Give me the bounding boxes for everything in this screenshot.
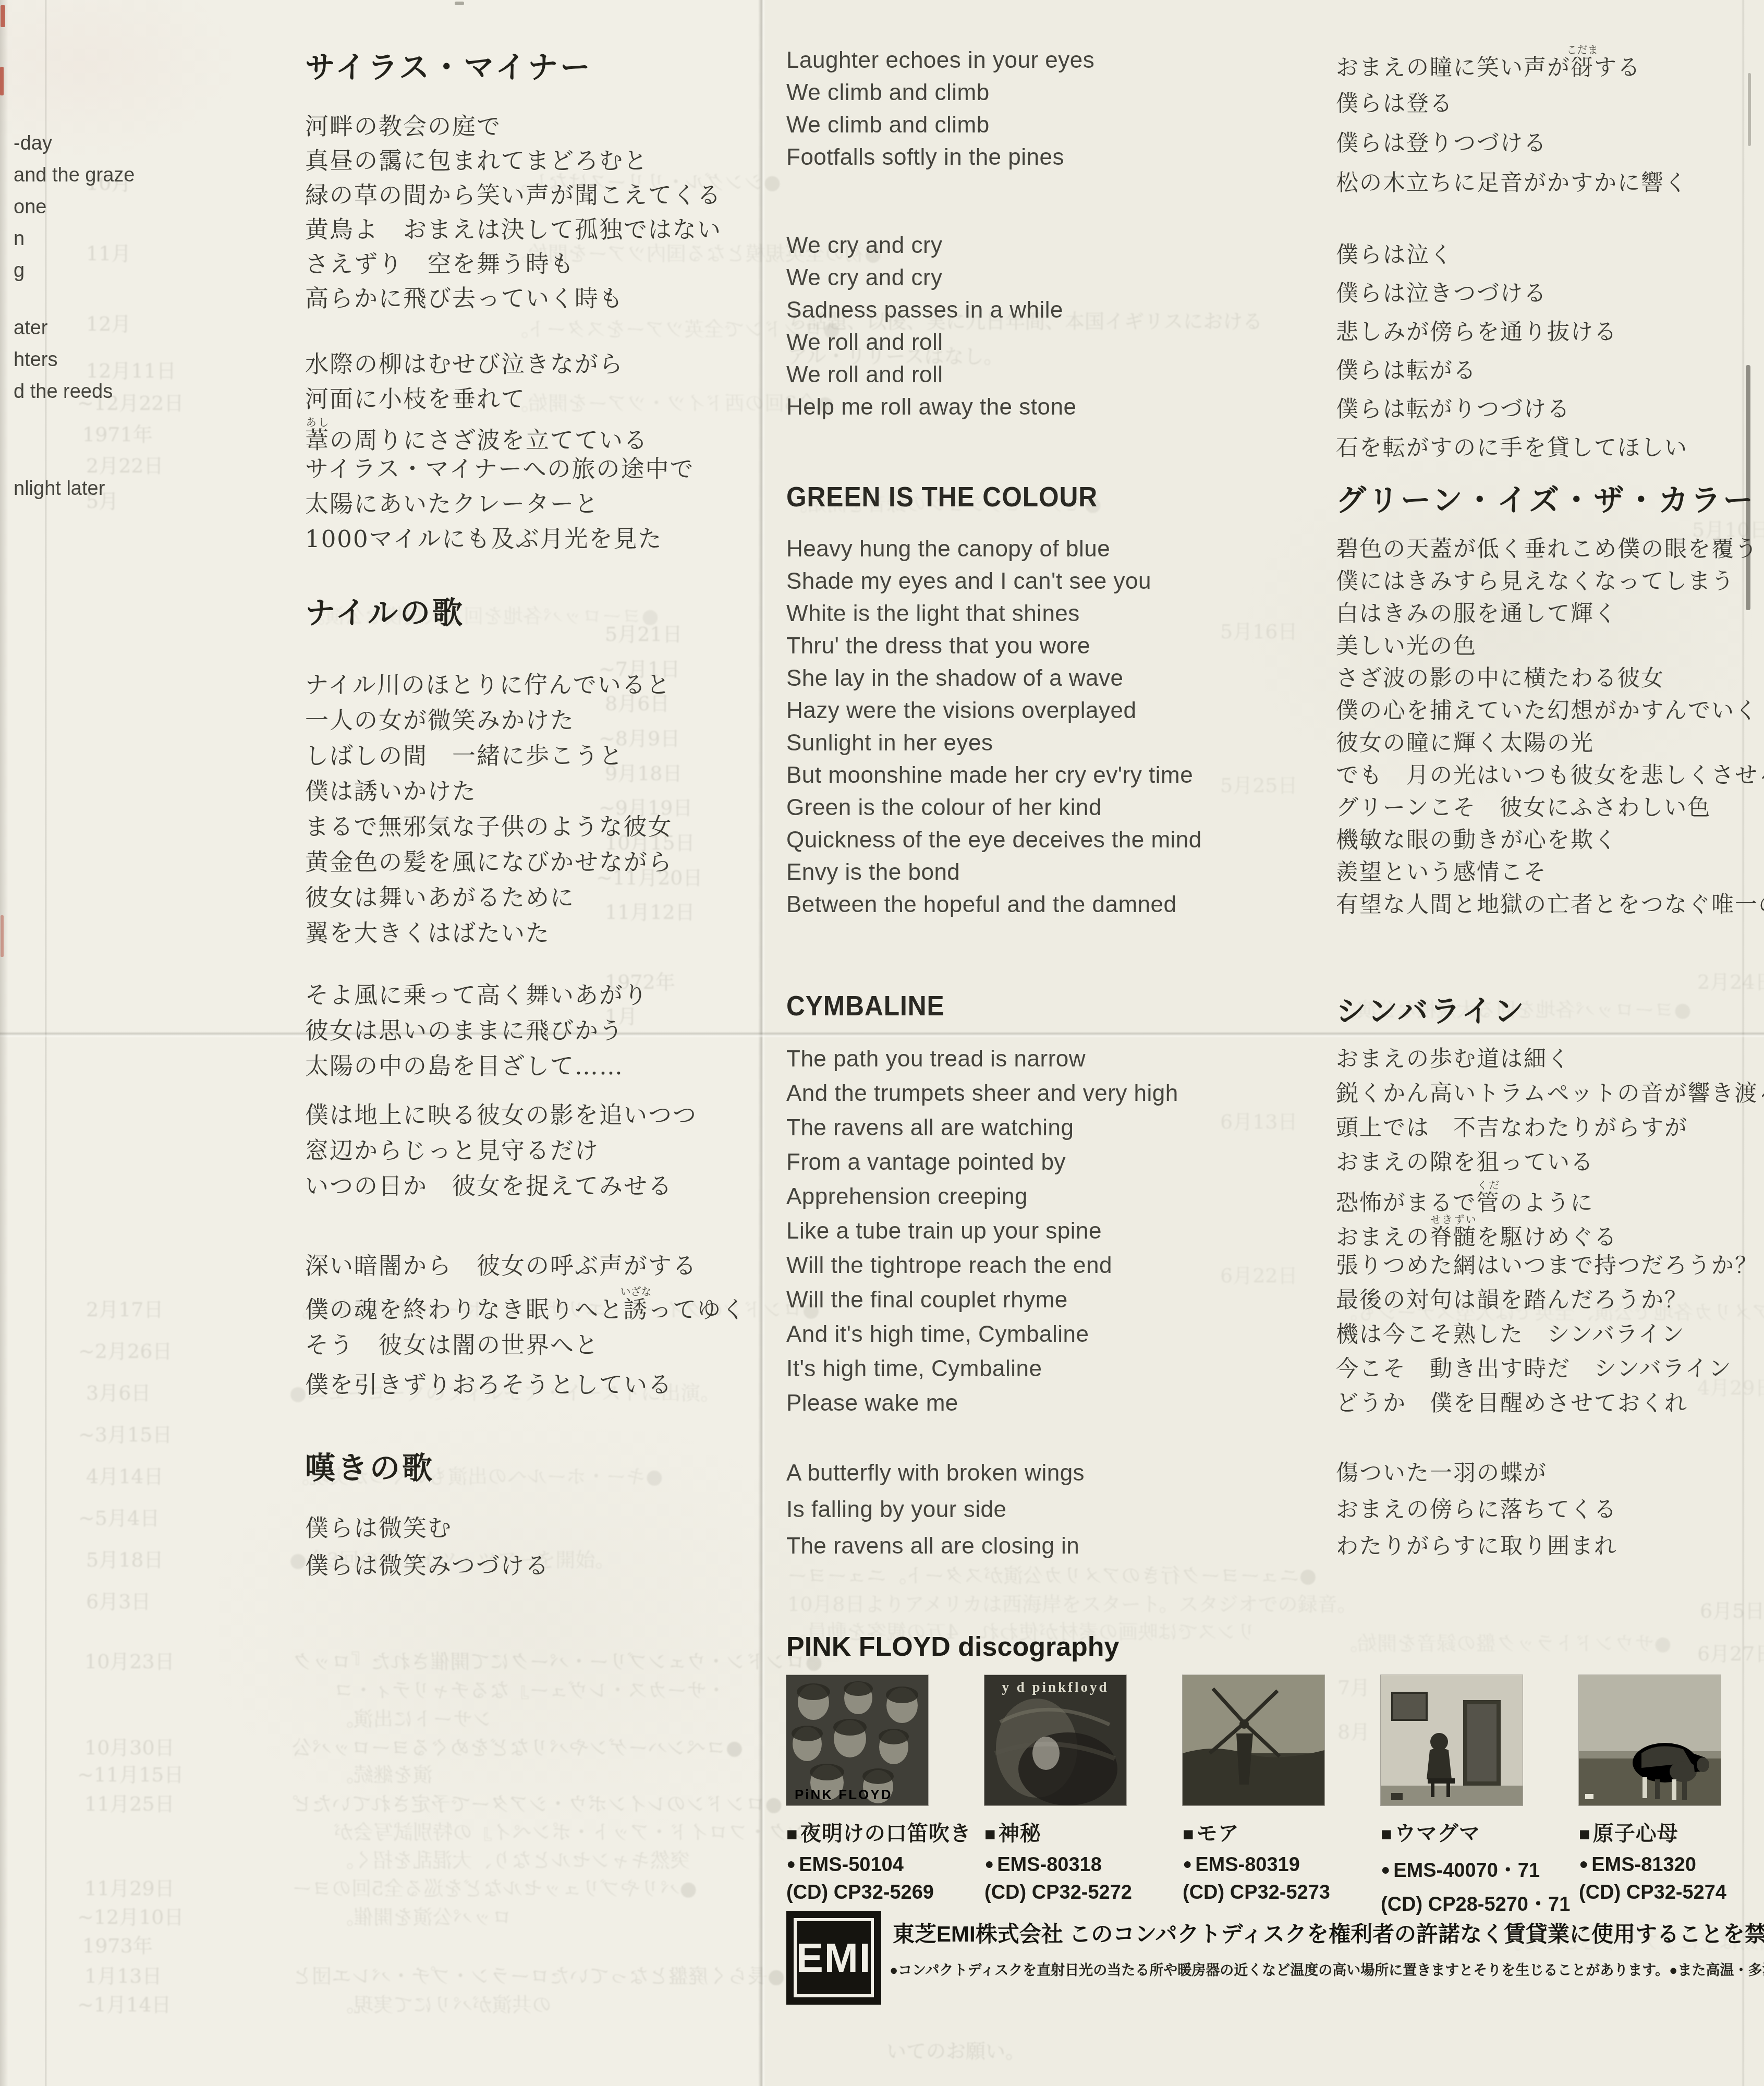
- lyric-line: Is falling by your side: [786, 1491, 1085, 1528]
- lyric-line: 僕は地上に映る彼女の影を追いつつ: [305, 1098, 697, 1133]
- square-bullet: ■: [1579, 1823, 1591, 1845]
- nile-song-jp-stanza-3: 僕は地上に映る彼女の影を追いつつ窓辺からじっと見守るだけいつの日か 彼女を捉えて…: [305, 1098, 697, 1204]
- svg-text:y d pinkfloyd: y d pinkfloyd: [1002, 1679, 1109, 1695]
- lyric-line: Help me roll away the stone: [786, 391, 1076, 423]
- album-cover-more: [1183, 1675, 1324, 1805]
- dot-bullet: ●: [984, 1855, 994, 1873]
- lyric-line: 恐怖がまるで管くだのように: [1336, 1180, 1764, 1214]
- album-cover-atom-heart-mother: [1579, 1675, 1721, 1805]
- lyric-line: 碧色の天蓋が低く垂れこめ僕の眼を覆う: [1336, 533, 1764, 565]
- nile-song-jp-stanza-1: ナイル川のほとりに佇んでいると一人の女が微笑みかけたしばしの間 一緒に歩こうと僕…: [305, 668, 673, 951]
- ghost-text-line: 10月30日: [84, 1731, 175, 1760]
- lyric-line: ナイル川のほとりに佇んでいると: [305, 668, 673, 703]
- ghost-text-line: ンサートに出演。: [334, 1703, 492, 1731]
- lyric-line: 彼女は舞いあがるために: [305, 880, 673, 916]
- ghost-text-line: 5月25日: [1220, 769, 1298, 798]
- lyric-line: 今こそ 動き出す時だ シンバライン: [1336, 1352, 1764, 1386]
- lyric-line: さえずり 空を舞う時も: [305, 247, 722, 282]
- lyric-line: We roll and roll: [786, 326, 1076, 359]
- lyric-line: 窓辺からじっと見守るだけ: [305, 1133, 697, 1169]
- left-edge-shade: [0, 0, 8, 2086]
- lyric-line: 僕らは微笑みつづける: [305, 1547, 550, 1585]
- lyric-line: 松の木立ちに足音がかすかに響く: [1336, 163, 1688, 203]
- ghost-text-line: 12月11日: [86, 355, 176, 383]
- lyric-line: どうか 僕を目醒めさせておくれ: [1336, 1386, 1764, 1421]
- lyric-line: 鋭くかん高いトラムペットの音が響き渡る: [1336, 1076, 1764, 1111]
- green-is-the-colour-en-lines: Heavy hung the canopy of blueShade my ey…: [786, 533, 1202, 921]
- ghost-text-line: 2月22日: [86, 450, 164, 478]
- lyric-line: 彼女の瞳に輝く太陽の光: [1336, 727, 1764, 759]
- lyric-line: いつの日か 彼女を捉えてみせる: [305, 1169, 697, 1204]
- lyric-line: 張りつめた網はいつまで持つだろうか？: [1336, 1248, 1764, 1283]
- lyric-line: わたりがらすに取り囲まれ: [1336, 1528, 1617, 1564]
- album-title-jp: ■原子心母: [1579, 1817, 1721, 1847]
- english-lyric-fragment: g: [14, 260, 25, 282]
- album-cover-thumbnail: [1381, 1675, 1523, 1805]
- ghost-text-line: 11月29日: [84, 1872, 175, 1901]
- ghost-text-line: 11月: [86, 237, 131, 266]
- lyric-line: Like a tube train up your spine: [786, 1214, 1178, 1248]
- song-title-cymbaline-jp: シンバライン: [1336, 987, 1526, 1030]
- dot-bullet: ●: [1381, 1861, 1390, 1878]
- ghost-text-line: 7月: [1337, 1671, 1370, 1700]
- lyric-line: 水際の柳はむせび泣きながら: [305, 347, 695, 382]
- red-edge-fleck: [1, 915, 4, 957]
- dot-bullet: ●: [1579, 1855, 1588, 1873]
- ghost-text-line: ●コペンハーゲンやパリなどをめぐるヨーロッパ公: [292, 1731, 743, 1760]
- lyric-line: 太陽にあいたクレーターと: [305, 487, 695, 521]
- ghost-text-line: ~12月10日: [77, 1901, 184, 1930]
- album-ems-number: ●EMS-81320: [1579, 1854, 1721, 1876]
- ghost-text-line: 5月16日: [1220, 615, 1298, 644]
- english-lyric-fragment: one: [14, 196, 46, 219]
- lyric-line: The ravens all are watching: [786, 1111, 1178, 1145]
- cymbaline-jp-stanza-2: 傷ついた一羽の蝶がおまえの傍らに落ちてくるわたりがらすに取り囲まれ: [1336, 1455, 1617, 1564]
- ghost-text-line: 11月25日: [84, 1788, 175, 1816]
- lyric-line: 僕にはきみすら見えなくなってしまう: [1336, 565, 1764, 598]
- lyric-line: We climb and climb: [786, 109, 1094, 141]
- lyric-line: 真昼の靄に包まれてまどろむと: [305, 144, 722, 178]
- lyric-line: 僕らは微笑む: [305, 1510, 550, 1547]
- lyric-line: 葦あしの周りにさざ波を立てている: [305, 417, 695, 452]
- album-cover-saucerful: y d pinkfloyd: [984, 1675, 1126, 1805]
- song-title-crying-song-jp: 嘆きの歌: [305, 1444, 434, 1487]
- lyric-line: Shade my eyes and I can't see you: [786, 565, 1202, 598]
- ghost-text-line: の共演がパリにて実現。: [334, 1988, 552, 2017]
- song-title-cymbaline-en: CYMBALINE: [786, 990, 945, 1022]
- lyric-line: さざ波の影の中に横たわる彼女: [1336, 662, 1764, 695]
- lyric-line: 僕を引きずりおろそうとしている: [305, 1365, 746, 1405]
- album-cd-number: (CD) CP32-5269: [786, 1882, 928, 1904]
- lyric-line: We roll and roll: [786, 359, 1076, 391]
- ghost-text-line: 6月3日: [86, 1585, 151, 1614]
- lyric-line: Will the final couplet rhyme: [786, 1283, 1178, 1317]
- lyric-line: We cry and cry: [786, 229, 1076, 262]
- ghost-text-line: 5月18日: [86, 1544, 164, 1572]
- dot-bullet: ●: [786, 1855, 796, 1873]
- lyric-line: Quickness of the eye deceives the mind: [786, 824, 1202, 856]
- lyric-line: Will the tightrope reach the end: [786, 1248, 1178, 1283]
- cirrus-minor-jp-stanza-2: 水際の柳はむせび泣きながら河面に小枝を垂れて葦あしの周りにさざ波を立てているサイ…: [305, 347, 695, 556]
- album-cd-number: (CD) CP32-5274: [1579, 1882, 1721, 1904]
- ghost-text-line: 10月23日: [84, 1645, 175, 1674]
- english-lyric-fragment: -day: [14, 132, 52, 155]
- lyric-line: 河畔の教会の庭で: [305, 110, 722, 144]
- lyric-line: Sadness passes in a while: [786, 294, 1076, 326]
- ghost-text-line: 1971年: [82, 418, 153, 447]
- lyric-line: From a vantage pointed by: [786, 1145, 1178, 1180]
- ghost-text-line: ンク・フロイド・アット・ポンペイ』の特別試写会が: [334, 1816, 807, 1845]
- lyric-line: 僕らは泣く: [1336, 236, 1688, 274]
- lyric-line: Green is the colour of her kind: [786, 792, 1202, 824]
- lyric-line: Hazy were the visions overplayed: [786, 695, 1202, 727]
- lyric-line: 1000マイルにも及ぶ月光を見た: [305, 521, 695, 556]
- lyric-line: 僕の心を捕えていた幻想がかすんでいく: [1336, 695, 1764, 727]
- ghost-text-line: ●ロンドンのレインボウ・シアターで予定されていたピ: [292, 1788, 783, 1816]
- square-bullet: ■: [786, 1823, 798, 1845]
- emi-care-notice: ●コンパクトディスクを直射日光の当たる所や暖房器の近くなど温度の高い場所に置きま…: [890, 1959, 1764, 1979]
- album-title-jp: ■神秘: [984, 1817, 1126, 1847]
- ghost-text-line: ロッパ公演を開催。: [334, 1901, 512, 1930]
- ghost-text-line: 6月27日: [1697, 1638, 1764, 1666]
- lyric-line: We cry and cry: [786, 262, 1076, 294]
- ghost-text-line: 1月13日: [84, 1960, 162, 1988]
- lyric-line: And it's high time, Cymbaline: [786, 1317, 1178, 1352]
- emi-logo-text: EMI: [786, 1911, 881, 2005]
- album-title-jp: ■ウマグマ: [1381, 1817, 1523, 1847]
- lyric-line: 機は今こそ熟した シンバライン: [1336, 1317, 1764, 1352]
- song-title-green-jp: グリーン・イズ・ザ・カラー: [1336, 476, 1755, 519]
- emi-rights-notice: 東芝EMI株式会社 このコンパクトディスクを権利者の許諾なく賃貸業に使用すること…: [893, 1917, 1764, 1948]
- album-cover-ummagumma: [1381, 1675, 1523, 1805]
- lyric-line: 河面に小枝を垂れて: [305, 382, 695, 417]
- english-lyric-fragment: ater: [14, 317, 47, 339]
- album-entry-saucerful: y d pinkfloyd ■神秘●EMS-80318(CD) CP32-527…: [984, 1675, 1126, 1904]
- lyric-line: そう 彼女は闇の世界へと: [305, 1326, 746, 1365]
- album-cd-number: (CD) CP32-5273: [1183, 1882, 1324, 1904]
- album-ems-number: ●EMS-40070・71: [1381, 1854, 1523, 1883]
- album-cd-number: (CD) CP28-5270・71: [1381, 1888, 1523, 1917]
- lyric-line: She lay in the shadow of a wave: [786, 662, 1202, 695]
- ghost-text-line: ●パリやブリュッセルなどを巡る全5回のヨー: [292, 1872, 697, 1901]
- svg-text:PiNK FLOYD: PiNK FLOYD: [795, 1787, 892, 1802]
- ghost-text-line: いてのお願い。: [886, 2035, 1025, 2064]
- lyric-line: Footfalls softly in the pines: [786, 141, 1094, 174]
- ghost-text-line: ~2月26日: [78, 1335, 172, 1364]
- lyric-line: 黄鳥よ おまえは決して孤独ではない: [305, 213, 722, 247]
- crying-song-jp-stanza-1: おまえの瞳に笑い声が谺こだまする僕らは登る僕らは登りつづける松の木立ちに足音がか…: [1336, 44, 1688, 203]
- lyric-line: しばしの間 一緒に歩こうと: [305, 738, 673, 774]
- nile-song-jp-stanza-2: そよ風に乗って高く舞いあがり彼女は思いのままに飛びかう太陽の中の島を目ざして……: [305, 978, 648, 1084]
- lyric-line: A butterfly with broken wings: [786, 1455, 1085, 1491]
- lyric-line: 黄金色の髪を風になびかせながら: [305, 845, 673, 880]
- dot-bullet: ●: [1183, 1855, 1192, 1873]
- green-jp-lines: 碧色の天蓋が低く垂れこめ僕の眼を覆う僕にはきみすら見えなくなってしまう白はきみの…: [1336, 533, 1764, 921]
- scan-speck: [455, 2, 464, 5]
- song-title-cirrus-minor-jp: サイラス・マイナー: [305, 43, 592, 87]
- ghost-text-line: 6月5日: [1700, 1595, 1764, 1623]
- lyric-line: We climb and climb: [786, 77, 1094, 109]
- lyric-line: 太陽の中の島を目ざして……: [305, 1049, 648, 1084]
- ghost-text-line: 3月6日: [86, 1377, 151, 1405]
- lyric-line: 僕の魂を終わりなき眠りへと誘いざなってゆく: [305, 1286, 746, 1326]
- lyric-line: そよ風に乗って高く舞いあがり: [305, 978, 648, 1013]
- cymbaline-en-stanza-1: The path you tread is narrowAnd the trum…: [786, 1042, 1178, 1421]
- discography-heading: PINK FLOYD discography: [786, 1631, 1120, 1663]
- cirrus-minor-jp-stanza-1: 河畔の教会の庭で真昼の靄に包まれてまどろむと緑の草の間から笑い声が聞こえてくる黄…: [305, 110, 722, 316]
- ghost-text-line: 1973年: [82, 1930, 153, 1958]
- nile-song-jp-stanza-4: 深い暗闇から 彼女の呼ぶ声がする僕の魂を終わりなき眠りへと誘いざなってゆくそう …: [305, 1246, 746, 1405]
- lyric-line: 僕らは登る: [1336, 84, 1688, 124]
- album-cover-thumbnail: PiNK FLOYD: [786, 1675, 928, 1805]
- ghost-text-line: 6月22日: [1220, 1259, 1298, 1288]
- red-edge-fleck: [1, 5, 5, 27]
- lyric-line: 翼を大きくはばたいた: [305, 916, 673, 951]
- lyric-line: でも 月の光はいつも彼女を悲しくさせる: [1336, 759, 1764, 792]
- song-title-green-is-the-colour-en: GREEN IS THE COLOUR: [786, 481, 1098, 513]
- ghost-text-line: ~1月14日: [77, 1988, 171, 2017]
- lyric-line: 僕らは転がりつづける: [1336, 390, 1688, 429]
- lyric-line: まるで無邪気な子供のような彼女: [305, 809, 673, 845]
- song-title-nile-song-jp: ナイルの歌: [305, 588, 465, 632]
- ghost-text-line: ~3月15日: [78, 1418, 172, 1447]
- lyric-line: 緑の草の間から笑い声が聞こえてくる: [305, 178, 722, 213]
- english-lyric-fragment: n: [14, 228, 25, 250]
- lyric-line: 羨望という感情こそ: [1336, 856, 1764, 889]
- album-title-jp: ■モア: [1183, 1817, 1324, 1847]
- lyric-line: 石を転がすのに手を貸してほしい: [1336, 429, 1688, 467]
- album-ems-number: ●EMS-80319: [1183, 1854, 1324, 1876]
- cymbaline-jp-stanza-1: おまえの歩む道は細く鋭くかん高いトラムペットの音が響き渡る頭上では 不吉なわたり…: [1336, 1042, 1764, 1421]
- lyric-line: おまえの瞳に笑い声が谺こだまする: [1336, 44, 1688, 84]
- booklet-scan: 10月11月12月12月11日~12月22日1971年2月22日5月●シングル・…: [0, 0, 1764, 2086]
- ghost-text-line: 2月24日: [1697, 966, 1764, 995]
- lyric-line: おまえの傍らに落ちてくる: [1336, 1491, 1617, 1528]
- lyric-line: 深い暗闇から 彼女の呼ぶ声がする: [305, 1246, 746, 1286]
- lyric-line: おまえの歩む道は細く: [1336, 1042, 1764, 1076]
- lyric-line: Envy is the bond: [786, 856, 1202, 889]
- ghost-text-line: ●サウンドトラック盤の録音を開始。: [1337, 1627, 1671, 1656]
- album-cover-thumbnail: y d pinkfloyd: [984, 1675, 1126, 1805]
- english-lyric-fragment: hters: [14, 349, 57, 371]
- emi-logo: EMI: [786, 1911, 881, 2005]
- red-edge-fleck: [0, 67, 4, 95]
- lyric-line: 傷ついた一羽の蝶が: [1336, 1455, 1617, 1491]
- lyric-line: Between the hopeful and the damned: [786, 889, 1202, 921]
- album-entry-more: ■モア●EMS-80319(CD) CP32-5273: [1183, 1675, 1324, 1904]
- lyric-line: 有望な人間と地獄の亡者とをつなぐ唯一の絆: [1336, 889, 1764, 921]
- album-entry-ummagumma: ■ウマグマ●EMS-40070・71(CD) CP28-5270・71: [1381, 1675, 1523, 1917]
- cymbaline-en-stanza-2: A butterfly with broken wingsIs falling …: [786, 1455, 1085, 1564]
- lyric-line: 一人の女が微笑みかけた: [305, 703, 673, 738]
- lyric-line: 最後の対句は韻を踏んだろうか？: [1336, 1283, 1764, 1317]
- ghost-text-line: 12月: [86, 308, 131, 336]
- lyric-line: サイラス・マイナーへの旅の途中で: [305, 452, 695, 487]
- album-ems-number: ●EMS-50104: [786, 1854, 928, 1876]
- album-ems-number: ●EMS-80318: [984, 1854, 1126, 1876]
- lyric-line: 頭上では 不吉なわたりがらすが: [1336, 1111, 1764, 1145]
- album-cover-piper: PiNK FLOYD: [786, 1675, 928, 1805]
- album-cover-thumbnail: [1183, 1675, 1324, 1805]
- album-cover-thumbnail: [1579, 1675, 1721, 1805]
- crying-song-jp-left-stanza: 僕らは微笑む僕らは微笑みつづける: [305, 1510, 550, 1585]
- lyric-line: 機敏な眼の動きが心を欺く: [1336, 824, 1764, 856]
- lyric-line: 美しい光の色: [1336, 630, 1764, 662]
- ghost-text-line: ●長らく廃盤となっていたローラン・プチ・バレエ団と: [292, 1960, 785, 1988]
- album-title-jp: ■夜明けの口笛吹き: [786, 1817, 928, 1847]
- ghost-text-line: 演を継続。: [334, 1758, 433, 1787]
- ghost-text-line: 10月8日よりアメリカは西海岸をスタート。スタジオでの録音。: [787, 1588, 1357, 1617]
- page-edge-shadow-top: [1748, 73, 1751, 146]
- lyric-line: 僕らは泣きつづける: [1336, 274, 1688, 313]
- lyric-line: 彼女は思いのままに飛びかう: [305, 1013, 648, 1049]
- ghost-text-line: 6月13日: [1220, 1106, 1298, 1134]
- lyric-line: 僕らは転がる: [1336, 351, 1688, 390]
- lyric-line: White is the light that shines: [786, 598, 1202, 630]
- ghost-text-line: ~11月15日: [77, 1758, 184, 1787]
- lyric-line: グリーンこそ 彼女にふさわしい色: [1336, 792, 1764, 824]
- lyric-line: Laughter echoes in your eyes: [786, 44, 1094, 77]
- lyric-line: 白はきみの服を通して輝く: [1336, 598, 1764, 630]
- ghost-text-line: ~5月4日: [78, 1502, 160, 1531]
- lyric-line: The path you tread is narrow: [786, 1042, 1178, 1076]
- crying-song-en-stanza-2: We cry and cryWe cry and crySadness pass…: [786, 229, 1076, 423]
- english-lyric-fragment: and the graze: [14, 164, 135, 187]
- crying-song-en-stanza-1: Laughter echoes in your eyesWe climb and…: [786, 44, 1094, 174]
- album-cd-number: (CD) CP32-5272: [984, 1882, 1126, 1904]
- ghost-text-line: 突然キャンセルとなり、大混乱を招く。: [334, 1844, 690, 1873]
- ghost-text-line: ●ロンドン・ウェンブリー・パークにて開催された『ロック: [292, 1645, 822, 1674]
- ghost-text-line: 8月: [1337, 1716, 1370, 1744]
- square-bullet: ■: [984, 1823, 996, 1845]
- lyric-line: 僕は誘いかけた: [305, 774, 673, 809]
- lyric-line: 僕らは登りつづける: [1336, 124, 1688, 163]
- english-lyric-fragment: d the reeds: [14, 381, 113, 403]
- ghost-text-line: 2月17日: [86, 1293, 164, 1322]
- lyric-line: Apprehension creeping: [786, 1180, 1178, 1214]
- square-bullet: ■: [1183, 1823, 1195, 1845]
- crying-song-jp-stanza-2: 僕らは泣く僕らは泣きつづける悲しみが傍らを通り抜ける僕らは転がる僕らは転がりつづ…: [1336, 236, 1688, 467]
- album-entry-atom: ■原子心母●EMS-81320(CD) CP32-5274: [1579, 1675, 1721, 1904]
- lyric-line: 悲しみが傍らを通り抜ける: [1336, 313, 1688, 351]
- ghost-text-line: ・サーカス・レヴュー』なるチャリティ・コ: [334, 1674, 726, 1703]
- square-bullet: ■: [1381, 1823, 1393, 1845]
- lyric-line: Please wake me: [786, 1386, 1178, 1421]
- lyric-line: It's high time, Cymbaline: [786, 1352, 1178, 1386]
- lyric-line: The ravens all are closing in: [786, 1528, 1085, 1564]
- lyric-line: Sunlight in her eyes: [786, 727, 1202, 759]
- lyric-line: おまえの隙を狙っている: [1336, 1145, 1764, 1180]
- album-entry-piper: PiNK FLOYD ■夜明けの口笛吹き●EMS-50104(CD) CP32-…: [786, 1675, 928, 1904]
- lyric-line: And the trumpets sheer and very high: [786, 1076, 1178, 1111]
- lyric-line: Thru' the dress that you wore: [786, 630, 1202, 662]
- english-lyric-fragment: nlight later: [14, 478, 105, 500]
- lyric-line: But moonshine made her cry ev'ry time: [786, 759, 1202, 792]
- lyric-line: 高らかに飛び去っていく時も: [305, 282, 722, 316]
- lyric-line: Heavy hung the canopy of blue: [786, 533, 1202, 565]
- ghost-text-line: 4月14日: [86, 1460, 164, 1489]
